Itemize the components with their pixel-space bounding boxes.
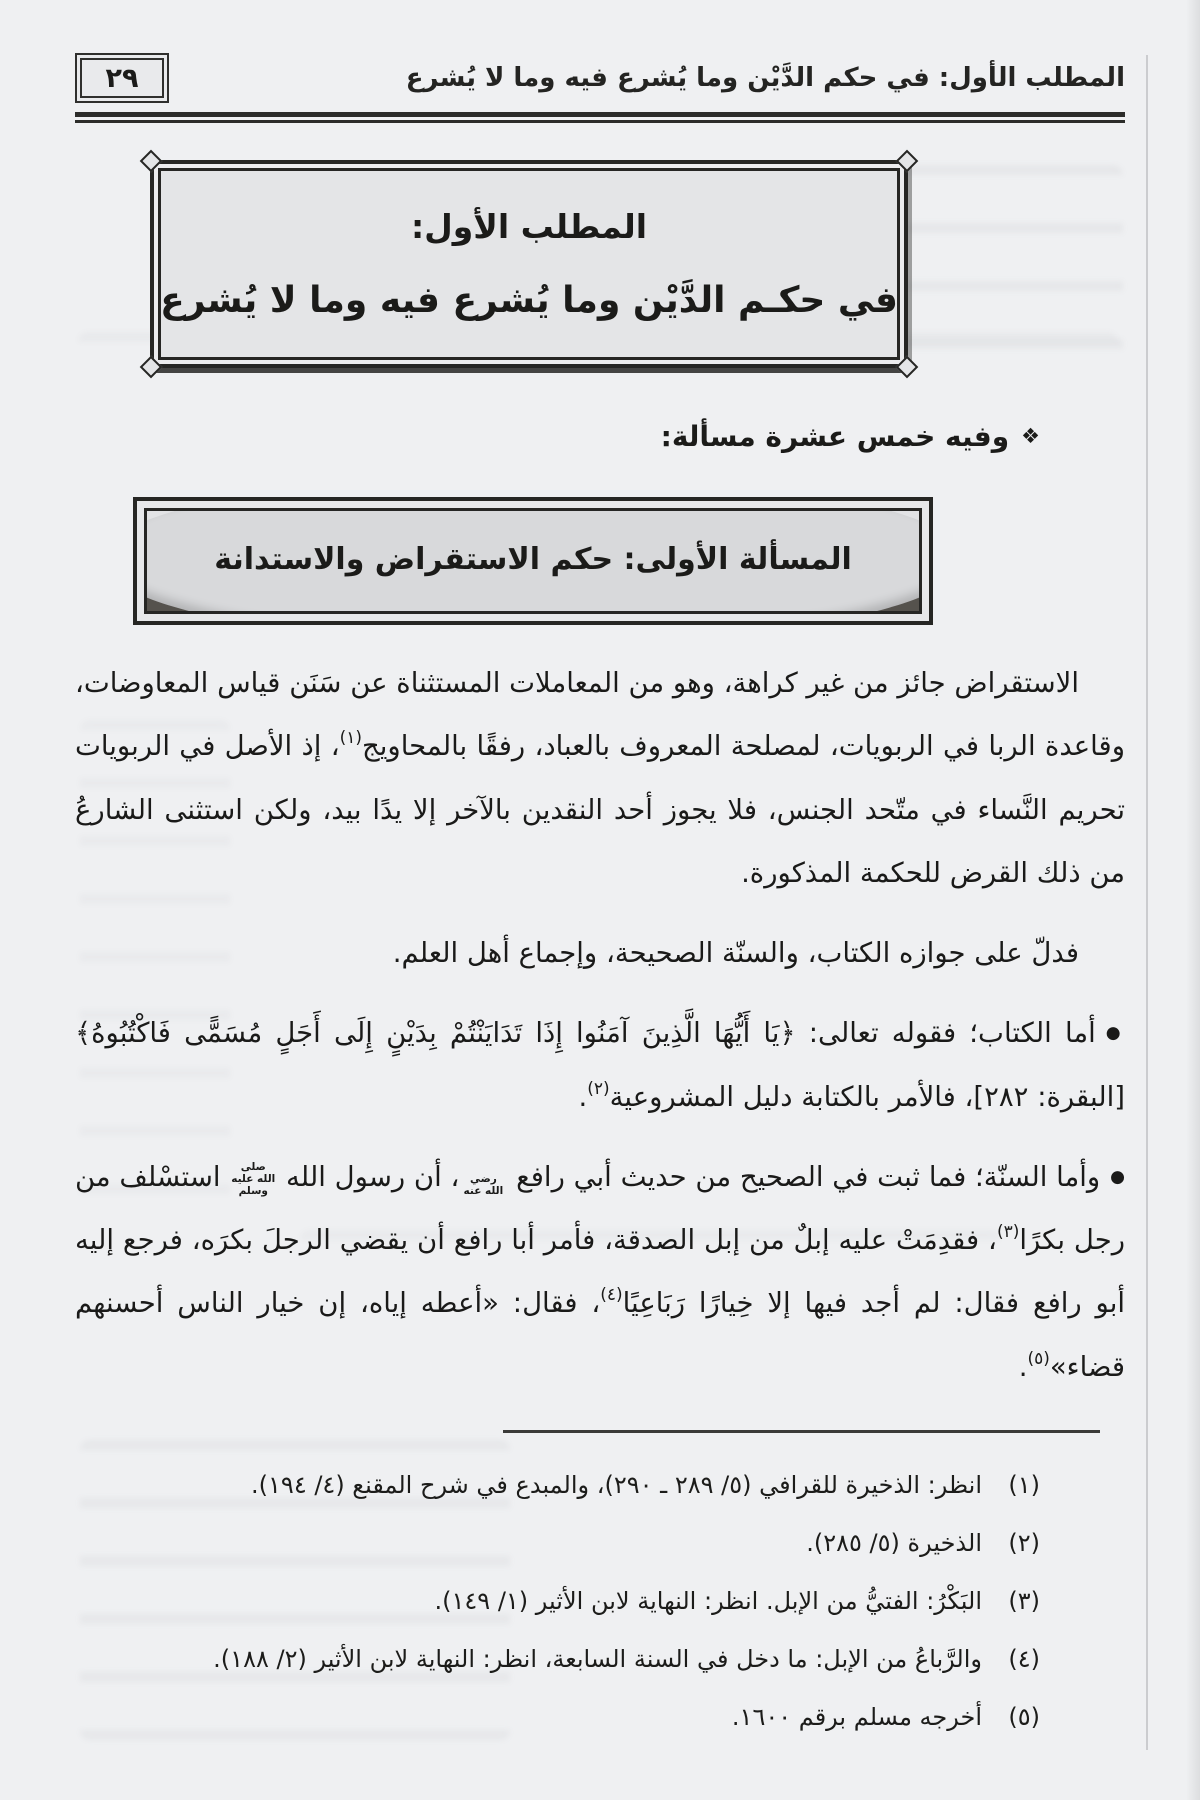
paragraph-text: وأما السنّة؛ فما ثبت في الصحيح من حديث أ… (507, 1161, 1100, 1193)
paragraph-text: أما الكتاب؛ فقوله تعالى: (796, 1017, 1096, 1049)
frame-corner-ornament (140, 150, 163, 173)
issues-count-line: ❖وفيه خمس عشرة مسألة: (661, 420, 1040, 453)
footnote-ref-4: (٤) (600, 1285, 622, 1305)
issue-title-text: المسألة الأولى: حكم الاستقراض والاستدانة (147, 511, 919, 611)
header-double-rule (75, 112, 1125, 123)
footnote-row: (٣) البَكْرُ: الفتيُّ من الإبل. انظر: ال… (75, 1574, 1040, 1628)
paragraph-evidence-summary: فدلّ على جوازه الكتاب، والسنّة الصحيحة، … (75, 922, 1125, 985)
footnote-number: (٣) (982, 1574, 1040, 1628)
frame-corner-ornament (140, 356, 163, 379)
page-edge-shadow (1186, 0, 1200, 1800)
footnote-number: (٢) (982, 1516, 1040, 1570)
footnote-text: الذخيرة (٥/ ٢٨٥). (75, 1516, 982, 1570)
footnote-ref-2: (٢) (587, 1079, 609, 1099)
paragraph-text: . (579, 1081, 588, 1113)
footnote-number: (١) (982, 1458, 1040, 1512)
paragraph-borrowing-permissible: الاستقراض جائز من غير كراهة، وهو من المع… (75, 652, 1125, 905)
issues-count-text: وفيه خمس عشرة مسألة: (661, 420, 1010, 453)
paragraph-text: ، أن رسول الله (277, 1161, 459, 1193)
paragraph-text: فدلّ على جوازه الكتاب، والسنّة الصحيحة، … (393, 937, 1079, 969)
page-header: المطلب الأول: في حكم الدَّيْن وما يُشرع … (75, 52, 1125, 104)
footnote-row: (٢) الذخيرة (٥/ ٢٨٥). (75, 1516, 1040, 1570)
footnote-ref-3: (٣) (997, 1222, 1019, 1242)
chapter-title-box: المطلب الأول: في حكـم الدَّيْن وما يُشرع… (150, 160, 908, 368)
body-text: الاستقراض جائز من غير كراهة، وهو من المع… (75, 652, 1125, 1416)
footnotes: (١) انظر: الذخيرة للقرافي (٥/ ٢٨٩ ـ ٢٩٠)… (75, 1458, 1125, 1748)
scanned-book-page: المطلب الأول: في حكم الدَّيْن وما يُشرع … (0, 0, 1200, 1800)
chapter-title-line2: في حكـم الدَّيْن وما يُشرع فيه وما لا يُ… (160, 280, 898, 321)
bullet-icon: ● (1110, 1167, 1125, 1187)
paragraph-sunnah-evidence: ●وأما السنّة؛ فما ثبت في الصحيح من حديث … (75, 1146, 1125, 1399)
footnote-text: أخرجه مسلم برقم ١٦٠٠. (75, 1690, 982, 1744)
footnote-text: والرَّباعُ من الإبل: ما دخل في السنة الس… (75, 1632, 982, 1686)
issue-title-box-inner: المسألة الأولى: حكم الاستقراض والاستدانة (144, 508, 922, 614)
footnote-text: البَكْرُ: الفتيُّ من الإبل. انظر: النهاي… (75, 1574, 982, 1628)
flower-ornament-icon: ❖ (1021, 424, 1040, 448)
page-number-box: ٢٩ (75, 53, 169, 103)
footnote-text: انظر: الذخيرة للقرافي (٥/ ٢٨٩ ـ ٢٩٠)، وا… (75, 1458, 982, 1512)
footnote-number: (٥) (982, 1690, 1040, 1744)
footnote-ref-1: (١) (340, 728, 362, 748)
quran-verse: ﴿يَا أَيُّهَا الَّذِينَ آمَنُوا إِذَا تَ… (75, 1017, 796, 1049)
page-number: ٢٩ (106, 63, 139, 94)
footnote-ref-5: (٥) (1027, 1349, 1049, 1369)
footnote-row: (٥) أخرجه مسلم برقم ١٦٠٠. (75, 1690, 1040, 1744)
frame-corner-ornament (896, 150, 919, 173)
footnote-separator (503, 1430, 1100, 1433)
footnote-number: (٤) (982, 1632, 1040, 1686)
footnote-row: (٤) والرَّباعُ من الإبل: ما دخل في السنة… (75, 1632, 1040, 1686)
sallallahu-alayhi-wasallam-mark: صلى الله عليه وسلم (231, 1162, 275, 1197)
running-title: المطلب الأول: في حكم الدَّيْن وما يُشرع … (406, 63, 1125, 93)
issue-title-box: المسألة الأولى: حكم الاستقراض والاستدانة (133, 497, 933, 625)
footnote-row: (١) انظر: الذخيرة للقرافي (٥/ ٢٨٩ ـ ٢٩٠)… (75, 1458, 1040, 1512)
paragraph-text: [البقرة: ٢٨٢]، فالأمر بالكتابة دليل المش… (610, 1081, 1125, 1113)
frame-corner-ornament (896, 356, 919, 379)
bullet-icon: ● (1106, 1023, 1125, 1043)
scan-crease-line (1146, 55, 1148, 1750)
radiallahu-anhu-mark: رضي الله عنه (461, 1174, 505, 1198)
bleedthrough-smudge (905, 165, 1123, 365)
chapter-title-line1: المطلب الأول: (411, 207, 647, 246)
paragraph-quran-evidence: ●أما الكتاب؛ فقوله تعالى: ﴿يَا أَيُّهَا … (75, 1002, 1125, 1129)
